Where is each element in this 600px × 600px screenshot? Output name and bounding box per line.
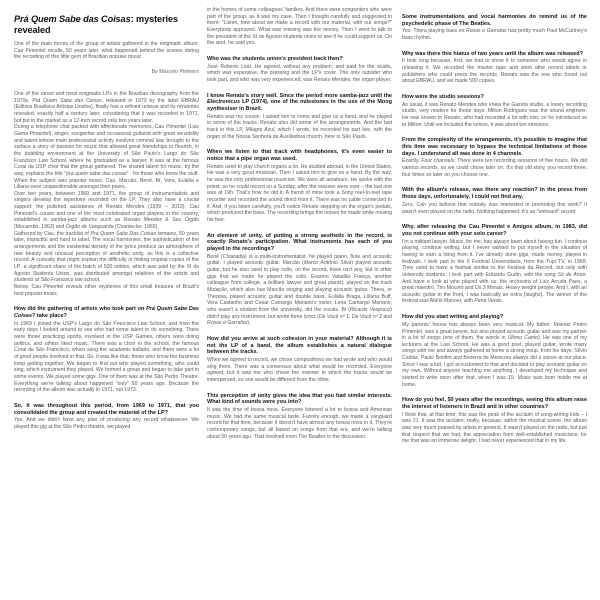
interview-answer: Yes. And we didn't have any plan of prod… (14, 417, 199, 430)
italic-text: De Você nº 2 (352, 314, 382, 320)
italic-text: Milagre Azul (246, 127, 275, 133)
interview-question: How did you start writing and playing? (402, 314, 587, 321)
interview-answer: I'm a militant lawyer. Music, for me, ha… (402, 239, 587, 306)
interview-answer: My parents' house has always been very m… (402, 322, 587, 389)
body-paragraph: One of the rarest and most enigmatic LPs… (14, 91, 199, 124)
qa-list: How did the gathering of artists who too… (14, 306, 199, 430)
column-2: in the homes of some colleagues' familie… (207, 7, 392, 440)
interview-question: Some instrumentations and vocal harmonie… (402, 14, 587, 27)
body-paragraph: Gathered by Cau, the tracklist of Prá Qu… (14, 231, 199, 284)
italic-text: Renato Mendes & Seu Órgão (124, 217, 199, 223)
interview-answer: Exactly. Four channels. There were ten r… (402, 158, 587, 178)
standfirst: One of the main forces of the group of a… (14, 41, 199, 61)
interview-question: An element of unity, of putting a strong… (207, 233, 392, 253)
article-title-italic: Prá Quem Sabe das Coisas (14, 14, 131, 24)
column-3: Some instrumentations and vocal harmonie… (402, 14, 587, 445)
interview-question: So, it was throughout this period, from … (14, 403, 199, 416)
interview-answer: I think that, at that time, this was the… (402, 412, 587, 445)
byline: By Marcelo Pinheiro (14, 69, 199, 75)
italic-text: prá quem sabe das coisas (66, 171, 126, 177)
continuation-paragraph: in the homes of some colleagues' familie… (207, 7, 392, 47)
italic-text: Electronicus (207, 99, 240, 105)
italic-text: Prá Quem Sabe das Coisas (32, 98, 101, 104)
italic-text: Só de Amor (558, 272, 586, 278)
italic-text: Marco Antônio Silva (304, 260, 352, 266)
interview-question: This perception of unity gives the idea … (207, 393, 392, 406)
body-paragraph: Over two years, between 1969 and 1971, t… (14, 191, 199, 231)
italic-text: Prá Quem Sabe Das Coisas (91, 231, 157, 237)
interview-answer: Zero. Can you believe that nobody was in… (402, 202, 587, 215)
interview-answer: Renato used to play church organs a lot.… (207, 164, 392, 224)
interview-answer: As usual, it was Renato Mendes who knew … (402, 102, 587, 129)
interview-answer: José Roberto Leal. He agreed, without an… (207, 64, 392, 84)
interview-question: From the complexity of the arrangements,… (402, 137, 587, 157)
interview-question: How do you feel, 50 years after the reco… (402, 397, 587, 410)
interview-answer: It was the time of bossa nova. Everyone … (207, 407, 392, 440)
body-paragraph: During a telephone chat packed with affe… (14, 124, 199, 191)
interview-question: Why, after releasing the Cau Pimentel e … (402, 224, 587, 237)
interview-answer: When we agreed to record, we chose compo… (207, 357, 392, 384)
italic-text: Rosas e Garrafas (207, 320, 247, 326)
italic-text: De Você nº 1 (319, 314, 349, 320)
interview-answer: In 1969 I joined the USP's Largo do São … (14, 321, 199, 394)
interview-answer: It took long because, first, we had to s… (402, 58, 587, 85)
italic-text: Pimentel (166, 124, 186, 130)
interview-answer: Renato was my cousin. I asked him to com… (207, 114, 392, 141)
interview-question: When we listen to that track with headph… (207, 149, 392, 162)
interview-question: How did you arrive at such cohesion in y… (207, 336, 392, 356)
article-page: Prá Quem Sabe das Coisas: mysteries reve… (0, 0, 600, 600)
intro-body: One of the rarest and most enigmatic LPs… (14, 91, 199, 297)
italic-text: Órgão de Vanguarda (66, 224, 114, 230)
interview-question: I know Renato's story well. Since the pe… (207, 93, 392, 113)
column-1: Prá Quem Sabe das Coisas: mysteries reve… (14, 14, 199, 431)
qa-list: Who was the students union's president b… (207, 56, 392, 440)
italic-text: Pena Verde (474, 298, 501, 304)
interview-question: With the album's release, was there any … (402, 187, 587, 200)
italic-text: Mutação (207, 287, 227, 293)
italic-text: Four channels (421, 158, 454, 164)
italic-text: Prá Quem Sabe Das Coisas (14, 306, 199, 319)
italic-text: Ricardo Vespucci (350, 307, 390, 313)
italic-text: Rosas e Garrafas (466, 28, 507, 34)
interview-question: How did the gathering of artists who too… (14, 306, 199, 319)
article-title: Prá Quem Sabe das Coisas: mysteries reve… (14, 14, 199, 36)
interview-answer: Benê (Chiaradia) is a multi-instrumental… (207, 254, 392, 327)
interview-answer: Yes. Thera playing bass on Rosas e Garra… (402, 28, 587, 41)
interview-question: Who was the students union's president b… (207, 56, 392, 63)
italic-text: Chiaradia (223, 254, 245, 260)
interview-question: Why was there this hiatus of two years u… (402, 51, 587, 58)
qa-list: Some instrumentations and vocal harmonie… (402, 14, 587, 445)
interview-question: How were the studio sessions? (402, 94, 587, 101)
body-paragraph: Below, Cau Pimentel reveals other myster… (14, 284, 199, 297)
italic-text: Último Canto (508, 335, 538, 341)
